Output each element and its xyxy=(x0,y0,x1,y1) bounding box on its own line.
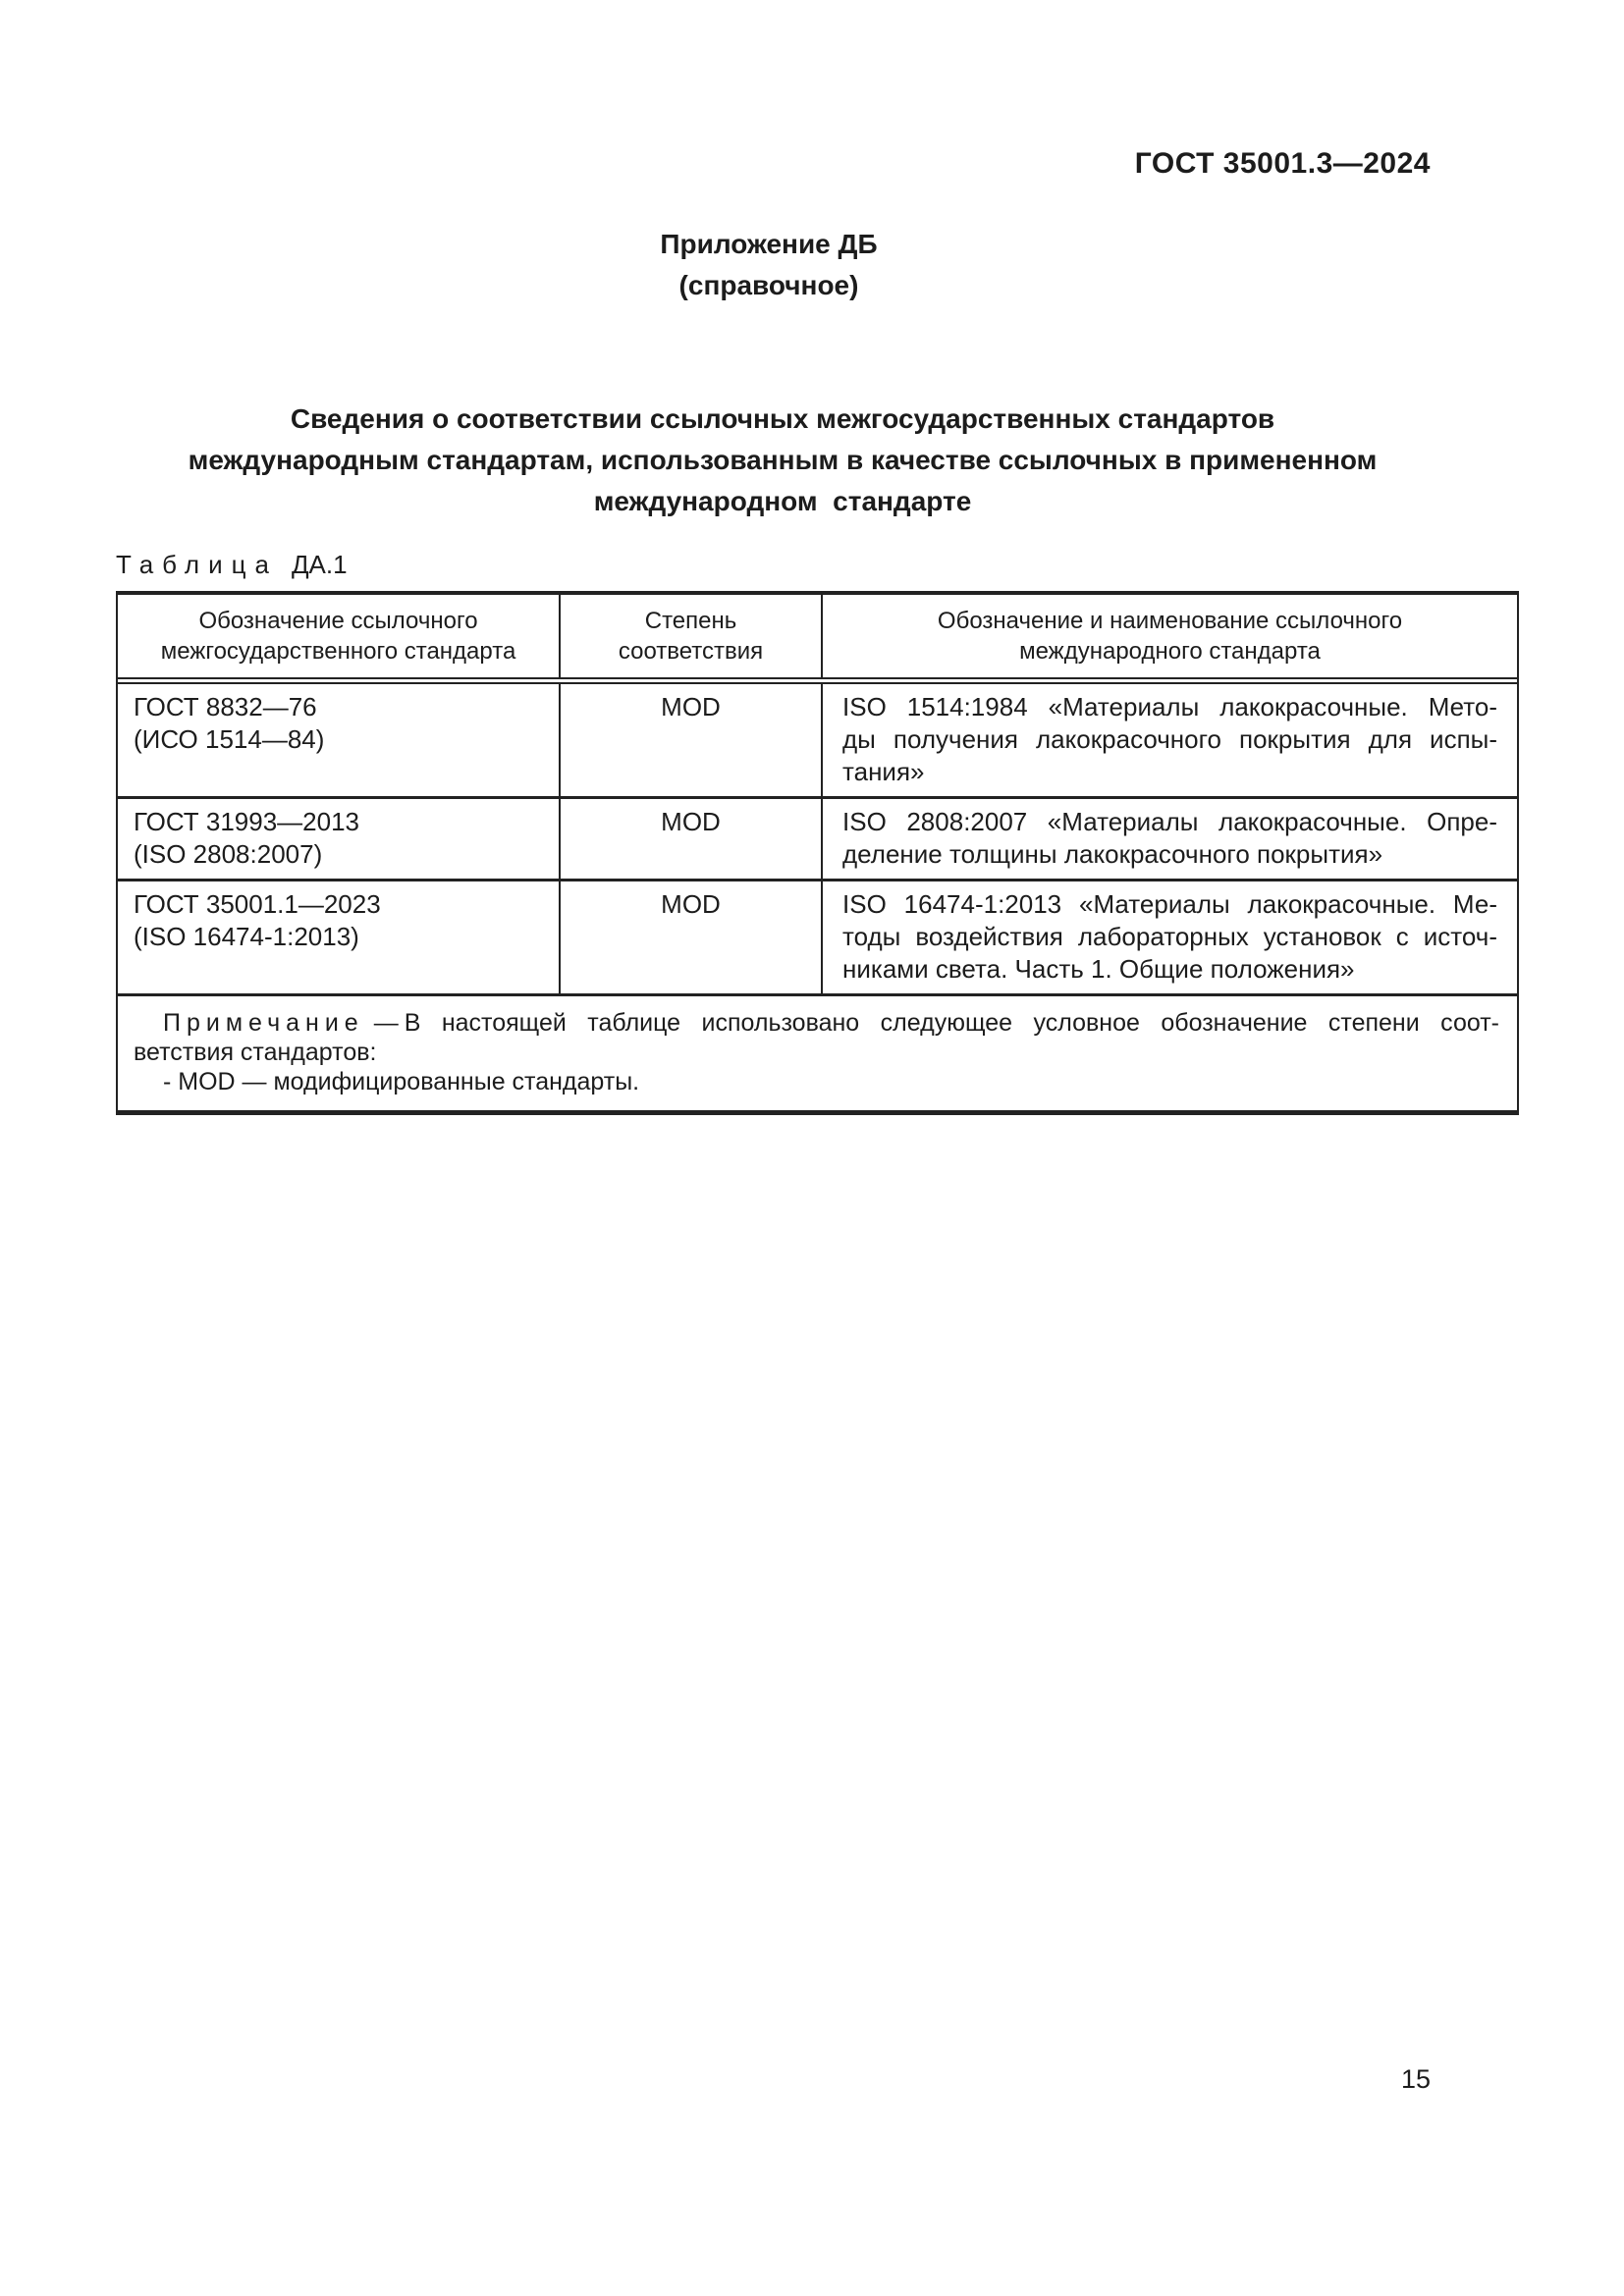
title-line-2: международным стандартам, использованным… xyxy=(0,440,1595,481)
table-note-row: Примечание—В настоящей таблице использов… xyxy=(118,993,1517,1110)
title-line-3: международном стандарте xyxy=(0,481,1595,522)
note-dash: — xyxy=(364,1009,405,1037)
cell-gost-designation: ГОСТ 35001.1—2023 (ISO 16474-1:2013) xyxy=(118,881,559,993)
table-caption-number: ДА.1 xyxy=(292,550,348,579)
cell-gost-designation: ГОСТ 31993—2013 (ISO 2808:2007) xyxy=(118,799,559,879)
cell-correspondence-degree: MOD xyxy=(559,881,821,993)
appendix-label: Приложение ДБ xyxy=(0,224,1581,265)
cell-international-standard: ISO 2808:2007 «Материалы лакокрасочные. … xyxy=(821,799,1517,879)
col-header-international-standard: Обозначение и наименование ссылочного ме… xyxy=(821,595,1517,677)
document-title: Сведения о соответствии ссылочных межгос… xyxy=(0,399,1595,522)
note-label: Примечание xyxy=(163,1009,364,1037)
doc-code: ГОСТ 35001.3—2024 xyxy=(0,147,1431,181)
table-header-row: Обозначение ссылочного межгосударственно… xyxy=(118,595,1517,684)
note-item-mod: - MOD — модифицированные стандарты. xyxy=(134,1067,1499,1096)
table-row: ГОСТ 31993—2013 (ISO 2808:2007) MOD ISO … xyxy=(118,796,1517,879)
table-note: Примечание—В настоящей таблице использов… xyxy=(118,996,1517,1110)
title-line-1: Сведения о соответствии ссылочных межгос… xyxy=(0,399,1595,440)
note-text-line1: В настоящей таблице использовано следующ… xyxy=(405,1009,1499,1037)
appendix-kind: (справочное) xyxy=(0,265,1581,306)
note-text-line2: ветствия стандартов: xyxy=(134,1038,1499,1067)
table-row: ГОСТ 8832—76 (ИСО 1514—84) MOD ISO 1514:… xyxy=(118,684,1517,796)
table-caption-word: Таблица xyxy=(116,550,278,579)
document-page: ГОСТ 35001.3—2024 Приложение ДБ (справоч… xyxy=(0,0,1624,2296)
cell-gost-designation: ГОСТ 8832—76 (ИСО 1514—84) xyxy=(118,684,559,796)
col-header-correspondence-degree: Степень соответствия xyxy=(559,595,821,677)
page-number: 15 xyxy=(0,2064,1431,2095)
cell-international-standard: ISO 16474-1:2013 «Материалы лакокрасочны… xyxy=(821,881,1517,993)
table-row: ГОСТ 35001.1—2023 (ISO 16474-1:2013) MOD… xyxy=(118,879,1517,993)
appendix-heading: Приложение ДБ (справочное) xyxy=(0,224,1581,306)
cell-international-standard: ISO 1514:1984 «Материалы лакокрасочные. … xyxy=(821,684,1517,796)
correspondence-table: Обозначение ссылочного межгосударственно… xyxy=(116,591,1519,1115)
cell-correspondence-degree: MOD xyxy=(559,799,821,879)
table-caption: ТаблицаДА.1 xyxy=(116,550,348,580)
cell-correspondence-degree: MOD xyxy=(559,684,821,796)
col-header-gost-designation: Обозначение ссылочного межгосударственно… xyxy=(118,595,559,677)
